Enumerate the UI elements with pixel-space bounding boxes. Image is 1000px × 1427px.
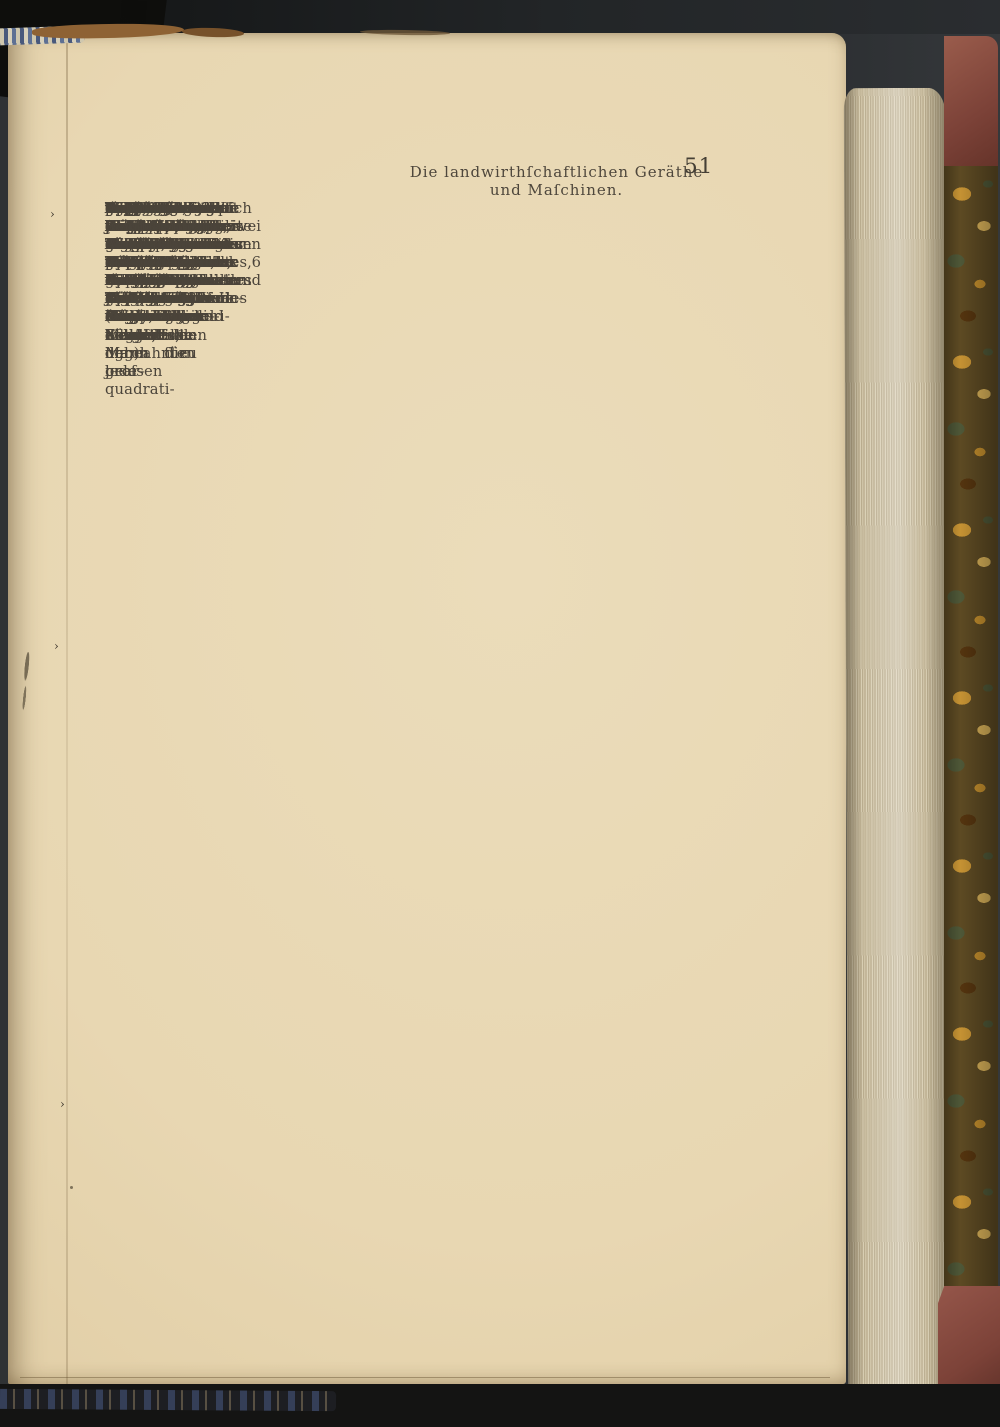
paper-speck [70, 1186, 73, 1189]
margin-mark: › [54, 640, 59, 652]
margin-mark: › [60, 1098, 65, 1110]
scanned-book-photo: › › › Die landwirthſchaftlichen Geräthe … [0, 0, 1000, 1427]
header-title: Die landwirthſchaftlichen Geräthe und Ma… [406, 163, 707, 199]
gutter-fold-line [66, 33, 68, 1384]
margin-mark: › [50, 208, 55, 220]
page-number: 51 [684, 154, 713, 179]
cover-marble-shading [944, 166, 998, 1286]
cover-leather-corner-top [944, 36, 998, 168]
fore-edge-page-stack [844, 88, 951, 1393]
text-line: Apparates bewirkten Amortiſation des Anl… [105, 200, 222, 218]
book-tailband [0, 1389, 336, 1411]
running-header: Die landwirthſchaftlichen Geräthe und Ma… [105, 163, 707, 183]
page-bottom-edge-line [20, 1377, 830, 1378]
